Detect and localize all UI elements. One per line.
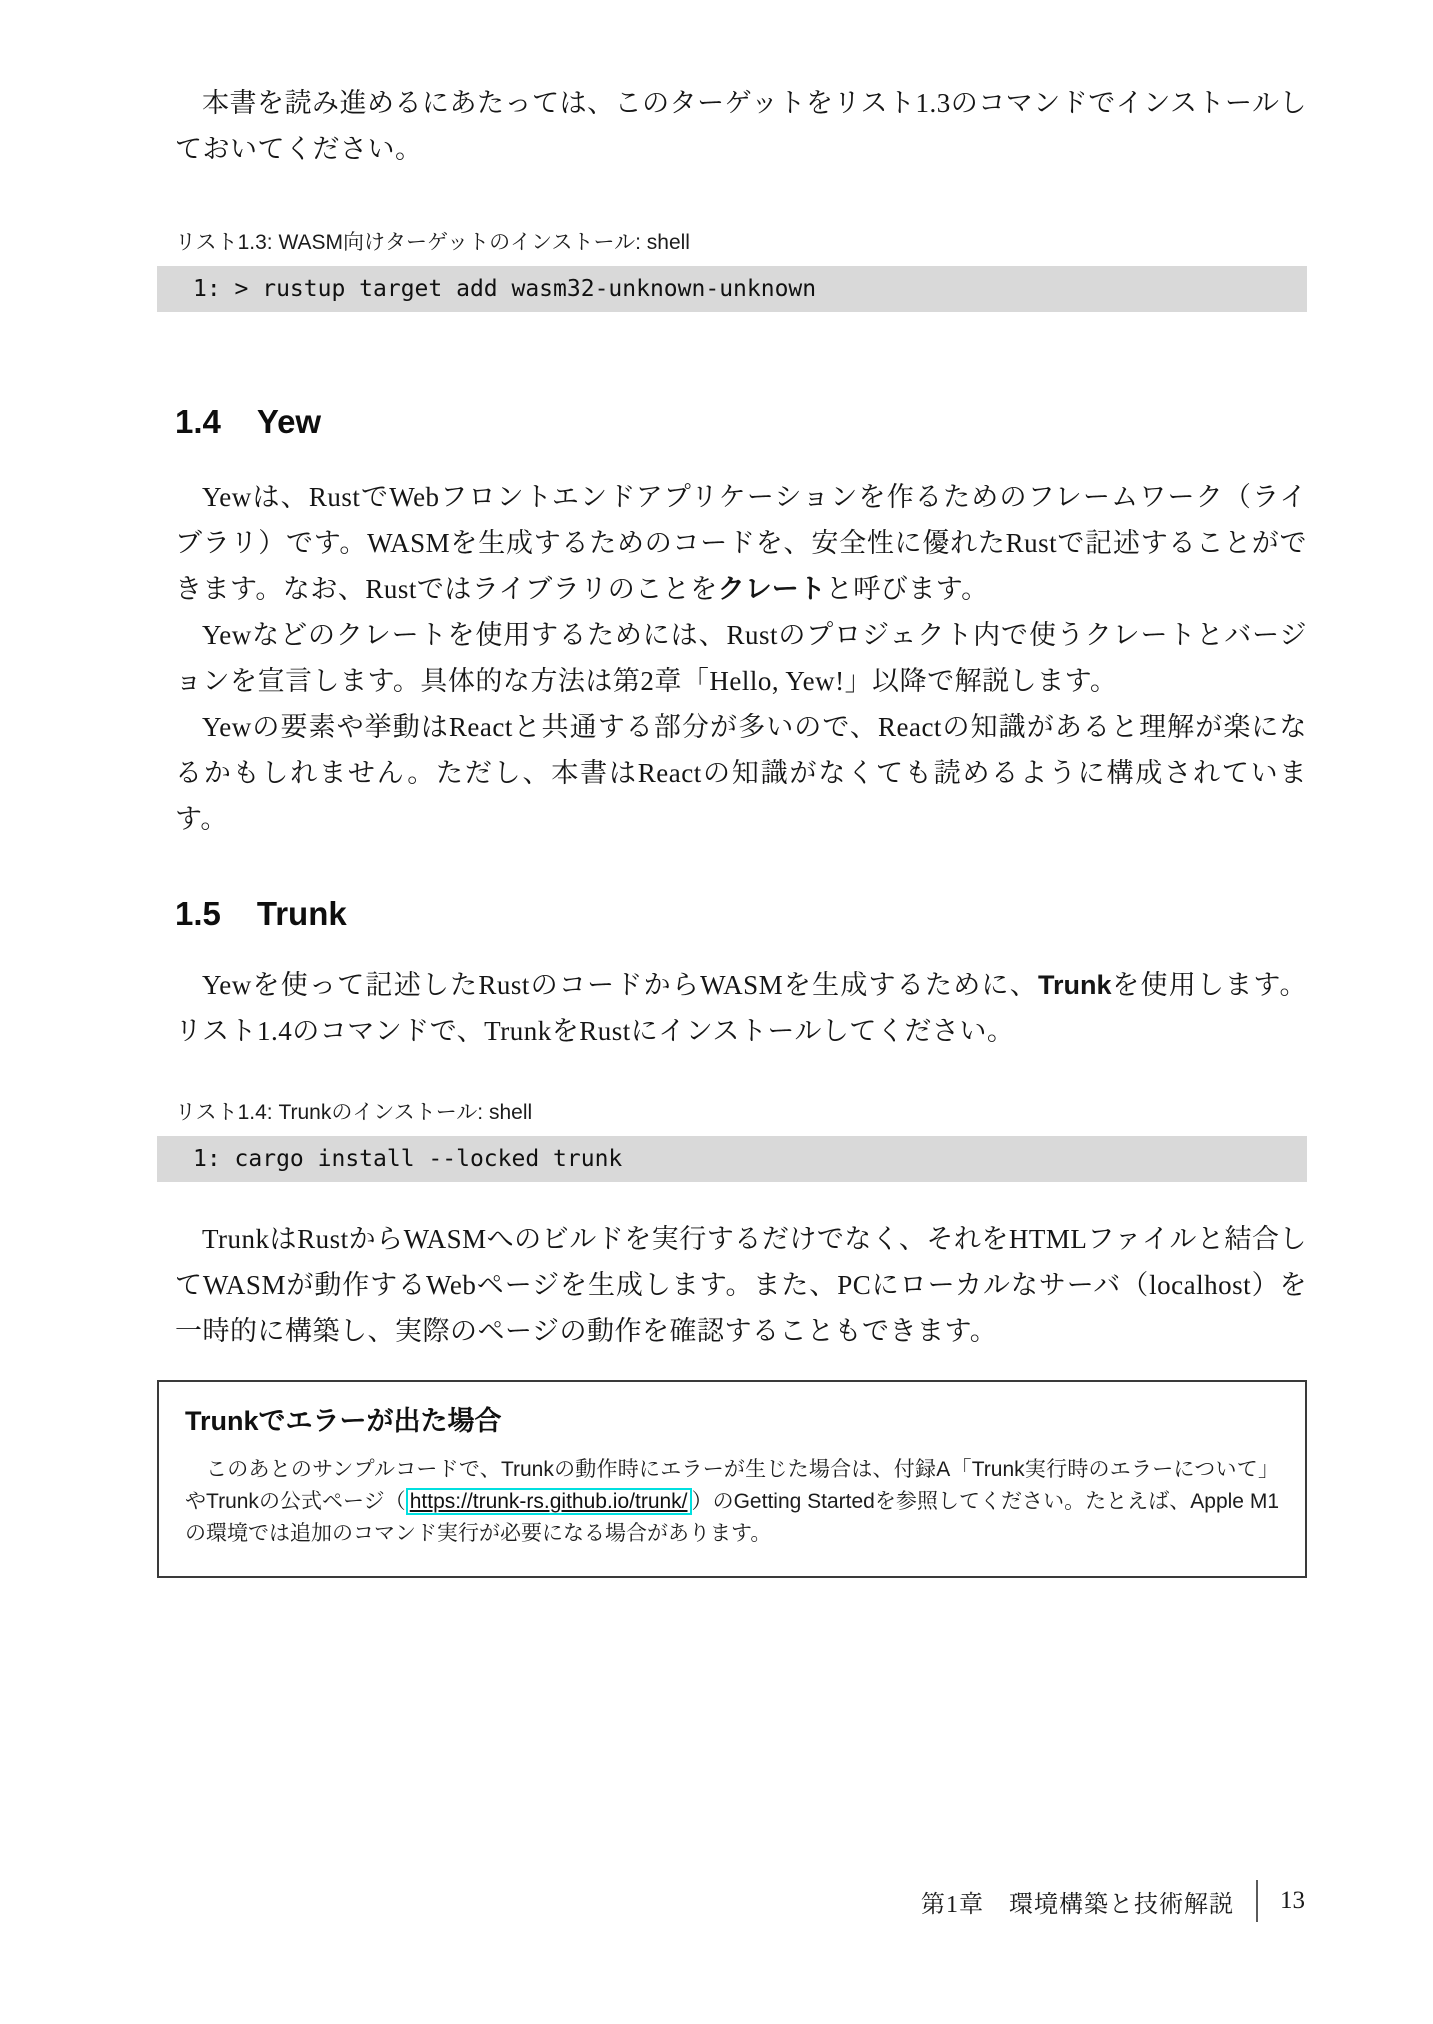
note-box-body: このあとのサンプルコードで、Trunkの動作時にエラーが生じた場合は、付録A「T… bbox=[185, 1454, 1279, 1550]
note-box-title: Trunkでエラーが出た場合 bbox=[185, 1404, 1279, 1438]
trunk-site-link[interactable]: https://trunk-rs.github.io/trunk/ bbox=[406, 1488, 692, 1515]
chapter-label: 第1章 環境構築と技術解説 bbox=[921, 1884, 1234, 1919]
section-heading-1-4: 1.4 Yew bbox=[175, 402, 1307, 442]
paragraph: TrunkはRustからWASMへのビルドを実行するだけでなく、それをHTMLフ… bbox=[175, 1216, 1307, 1354]
bold-term-crate: クレート bbox=[718, 574, 826, 604]
page-footer: 第1章 環境構築と技術解説 13 bbox=[921, 1880, 1305, 1922]
code-line: 1: cargo install --locked trunk bbox=[193, 1146, 622, 1172]
bold-term-trunk: Trunk bbox=[1038, 970, 1112, 1000]
note-box-trunk-errors: Trunkでエラーが出た場合 このあとのサンプルコードで、Trunkの動作時にエ… bbox=[157, 1380, 1307, 1578]
paragraph-text: Yewを使って記述したRustのコードからWASMを生成するために、 bbox=[202, 970, 1038, 1000]
section-heading-1-5: 1.5 Trunk bbox=[175, 894, 1307, 934]
book-page: 本書を読み進めるにあたっては、このターゲットをリスト1.3のコマンドでインストー… bbox=[0, 0, 1433, 2024]
section-title: Trunk bbox=[257, 894, 347, 934]
code-line: 1: > rustup target add wasm32-unknown-un… bbox=[193, 276, 816, 302]
paragraph: Yewの要素や挙動はReactと共通する部分が多いので、Reactの知識があると… bbox=[175, 704, 1307, 842]
section-number: 1.4 bbox=[175, 402, 221, 442]
section-1-4-body: Yewは、RustでWebフロントエンドアプリケーションを作るためのフレームワー… bbox=[175, 474, 1307, 842]
listing-1-3-code: 1: > rustup target add wasm32-unknown-un… bbox=[157, 266, 1307, 312]
footer-divider bbox=[1256, 1880, 1258, 1922]
listing-1-3-caption: リスト1.3: WASM向けターゲットのインストール: shell bbox=[175, 230, 1307, 256]
paragraph-text: と呼びます。 bbox=[826, 574, 989, 604]
paragraph: Yewなどのクレートを使用するためには、Rustのプロジェクト内で使うクレートと… bbox=[175, 612, 1307, 704]
paragraph: Yewは、RustでWebフロントエンドアプリケーションを作るためのフレームワー… bbox=[175, 474, 1307, 612]
listing-1-4-code: 1: cargo install --locked trunk bbox=[157, 1136, 1307, 1182]
page-content: 本書を読み進めるにあたっては、このターゲットをリスト1.3のコマンドでインストー… bbox=[0, 0, 1433, 1578]
listing-1-4-caption: リスト1.4: Trunkのインストール: shell bbox=[175, 1100, 1307, 1126]
intro-paragraph: 本書を読み進めるにあたっては、このターゲットをリスト1.3のコマンドでインストー… bbox=[175, 80, 1307, 172]
page-number: 13 bbox=[1280, 1887, 1305, 1915]
section-number: 1.5 bbox=[175, 894, 221, 934]
paragraph: Yewを使って記述したRustのコードからWASMを生成するために、Trunkを… bbox=[175, 962, 1307, 1054]
section-title: Yew bbox=[257, 402, 321, 442]
